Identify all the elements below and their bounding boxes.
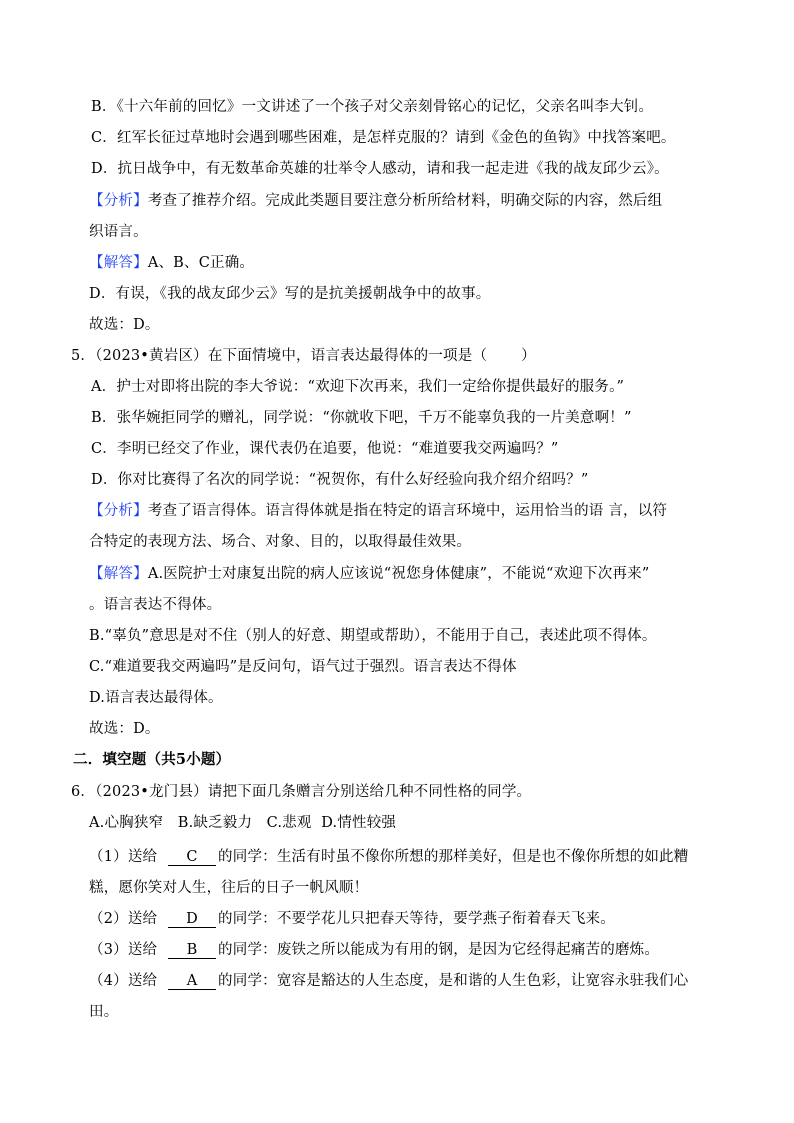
question-source: （2023•龙门县）: [95, 784, 208, 800]
question-text: 请把下面几条赠言分别送给几种不同性格的同学。: [208, 784, 531, 800]
q4-option-c: C．红军长征过草地时会遇到哪些困难，是怎样克服的？请到《金色的鱼钩》中找答案吧。: [91, 128, 676, 148]
answer-blank: D: [168, 911, 216, 928]
option-label: B．: [91, 99, 117, 115]
answer-blank: B: [168, 942, 216, 959]
answer-blank: A: [168, 973, 216, 990]
q6-item-4: （4）送给 A的同学：宽容是豁达的人生态度，是和谐的人生色彩，让宽容永驻我们心: [89, 971, 688, 991]
item-text: 的同学：生活有时虽不像你所想的那样美好，但是也不像你所想的如此糟: [218, 849, 688, 865]
q5-answer: 【解答】A.医院护士对康复出院的病人应该说“祝您身体健康”，不能说“欢迎下次再来…: [89, 564, 649, 584]
analysis-text: 考查了语言得体。语言得体就是指在特定的语言环境中，运用恰当的语 言，以符: [148, 503, 667, 519]
q5-analysis-cont: 合特定的表现方法、场合、对象、目的，以取得最佳效果。: [89, 532, 471, 552]
answer-text: A、B、C正确。: [148, 255, 254, 271]
answer-text: A.医院护士对康复出院的病人应该说“祝您身体健康”，不能说“欢迎下次再来”: [148, 566, 650, 582]
option-text: 张华婉拒同学的赠礼，同学说：“你就收下吧，千万不能辜负我的一片美意啊！”: [117, 410, 632, 426]
option-label: C．: [91, 441, 117, 457]
item-text: 的同学：不要学花儿只把春天等待，要学燕子衔着春天飞来。: [218, 911, 615, 927]
q6-choices: A.心胸狭窄 B.缺乏毅力 C.悲观 D.情性较强: [89, 813, 396, 833]
answer-tag: 【解答】: [89, 255, 148, 271]
q5-answer-c: C.“难道要我交两遍吗”是反问句，语气过于强烈。语言表达不得体: [89, 657, 517, 677]
q5-option-d: D．你对比赛得了名次的同学说：“祝贺你，有什么好经验向我介绍介绍吗？”: [91, 470, 588, 490]
analysis-tag: 【分析】: [89, 503, 148, 519]
document-page: B．《十六年前的回忆》一文讲述了一个孩子对父亲刻骨铭心的记忆，父亲名叫李大钊。 …: [0, 0, 794, 1123]
q5-option-b: B．张华婉拒同学的赠礼，同学说：“你就收下吧，千万不能辜负我的一片美意啊！”: [91, 408, 632, 428]
option-label: B．: [91, 410, 117, 426]
answer-blank: C: [168, 849, 216, 866]
q6-item-4-cont: 田。: [89, 1002, 118, 1022]
answer-tag: 【解答】: [89, 566, 148, 582]
q4-answer-d: D．有误，《我的战友邱少云》写的是抗美援朝战争中的故事。: [89, 284, 490, 304]
q6-item-1-cont: 糕，愿你笑对人生，往后的日子一帆风顺！: [89, 878, 368, 898]
q4-choice: 故选：D。: [89, 315, 160, 335]
q5-choice: 故选：D。: [89, 719, 160, 739]
q4-option-d: D．抗日战争中，有无数革命英雄的壮举令人感动，请和我一起走进《我的战友邱少云》。: [91, 159, 669, 179]
q4-analysis-cont: 织语言。: [89, 222, 148, 242]
option-label: A．: [91, 379, 116, 395]
item-text: 的同学：废铁之所以能成为有用的钢，是因为它经得起痛苦的磨炼。: [218, 942, 659, 958]
option-text: 护士对即将出院的李大爷说：“欢迎下次再来，我们一定给你提供最好的服务。”: [116, 379, 624, 395]
q6-item-1: （1）送给 C的同学：生活有时虽不像你所想的那样美好，但是也不像你所想的如此糟: [89, 847, 688, 867]
item-prefix: （4）送给: [89, 973, 162, 989]
question-text: 在下面情境中，语言表达最得体的一项是（: [208, 348, 487, 364]
item-prefix: （3）送给: [89, 942, 162, 958]
q4-option-b: B．《十六年前的回忆》一文讲述了一个孩子对父亲刻骨铭心的记忆，父亲名叫李大钊。: [91, 97, 653, 117]
option-text: 你对比赛得了名次的同学说：“祝贺你，有什么好经验向我介绍介绍吗？”: [118, 472, 589, 488]
option-label: D．: [91, 472, 118, 488]
question-close: ）: [521, 348, 536, 364]
option-text: 李明已经交了作业，课代表仍在追要，他说：“难道要我交两遍吗？”: [117, 441, 559, 457]
q6-item-2: （2）送给 D的同学：不要学花儿只把春天等待，要学燕子衔着春天飞来。: [89, 909, 615, 929]
question-source: （2023•黄岩区）: [95, 348, 208, 364]
option-label: C．: [91, 130, 117, 146]
option-text: 《十六年前的回忆》一文讲述了一个孩子对父亲刻骨铭心的记忆，父亲名叫李大钊。: [117, 99, 654, 115]
option-text: 红军长征过草地时会遇到哪些困难，是怎样克服的？请到《金色的鱼钩》中找答案吧。: [117, 130, 676, 146]
option-text: 抗日战争中，有无数革命英雄的壮举令人感动，请和我一起走进《我的战友邱少云》。: [118, 161, 669, 177]
item-prefix: （2）送给: [89, 911, 162, 927]
q4-answer: 【解答】A、B、C正确。: [89, 253, 254, 273]
question-number: 6．: [71, 784, 95, 800]
item-prefix: （1）送给: [89, 849, 162, 865]
q4-analysis: 【分析】考查了推荐介绍。完成此类题目要注意分析所给材料，明确交际的内容，然后组: [89, 191, 662, 211]
question-number: 5．: [71, 348, 95, 364]
q5-analysis: 【分析】考查了语言得体。语言得体就是指在特定的语言环境中，运用恰当的语 言，以符: [89, 501, 667, 521]
analysis-tag: 【分析】: [89, 193, 148, 209]
q5-answer-d: D.语言表达最得体。: [89, 688, 223, 708]
section-title: 二．填空题（共5小题）: [73, 750, 230, 770]
item-text: 的同学：宽容是豁达的人生态度，是和谐的人生色彩，让宽容永驻我们心: [218, 973, 688, 989]
q5-answer-b: B.“辜负”意思是对不住（别人的好意、期望或帮助），不能用于自己，表述此项不得体…: [89, 626, 657, 646]
q5-option-a: A．护士对即将出院的李大爷说：“欢迎下次再来，我们一定给你提供最好的服务。”: [91, 377, 624, 397]
q5-option-c: C．李明已经交了作业，课代表仍在追要，他说：“难道要我交两遍吗？”: [91, 439, 559, 459]
q6-stem: 6．（2023•龙门县）请把下面几条赠言分别送给几种不同性格的同学。: [71, 782, 531, 802]
q5-answer-cont: 。语言表达不得体。: [89, 595, 221, 615]
option-label: D．: [91, 161, 118, 177]
analysis-text: 考查了推荐介绍。完成此类题目要注意分析所给材料，明确交际的内容，然后组: [148, 193, 663, 209]
q6-item-3: （3）送给 B的同学：废铁之所以能成为有用的钢，是因为它经得起痛苦的磨炼。: [89, 940, 659, 960]
q5-stem: 5．（2023•黄岩区）在下面情境中，语言表达最得体的一项是（）: [71, 346, 536, 366]
